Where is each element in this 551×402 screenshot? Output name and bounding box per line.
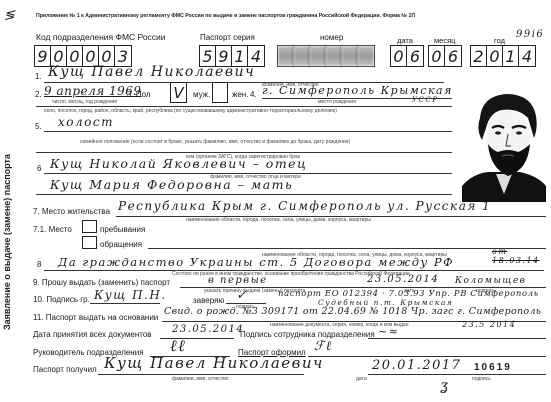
issue-basis-value[interactable]: Свид. о рожд. №3 309171 от 22.04.69 № 10… (164, 306, 541, 317)
stay-place-label: 7.1. Место (33, 225, 72, 234)
number-digit-redacted (326, 46, 342, 66)
marital-status-value[interactable]: холост (58, 115, 114, 129)
series-label: Паспорт серия (200, 33, 255, 42)
received-name-hint: фамилия, имя, отчество (172, 376, 229, 382)
date-day-field[interactable]: 0 6 (390, 45, 424, 67)
appeal-checkbox[interactable] (82, 236, 97, 249)
marital-status-hint: семейное положение (если состоит в браке… (80, 139, 350, 145)
received-date-hint: дата (356, 376, 367, 382)
fms-code-digit: 3 (115, 46, 131, 66)
employee-sign-line (368, 338, 546, 339)
number-digit-redacted (278, 46, 294, 66)
employee-sign-label: Подпись сотрудника подразделения (240, 330, 375, 339)
fms-code-digit: 0 (83, 46, 99, 66)
year-digit: 0 (487, 46, 503, 66)
month-label: месяц (434, 36, 455, 45)
day-digit: 0 (391, 46, 407, 66)
sex-male-checkbox[interactable]: V (170, 82, 187, 103)
certify-mark: ✓ (236, 288, 248, 303)
year-digit: 4 (519, 46, 535, 66)
date-month-field[interactable]: 0 6 (428, 45, 462, 67)
form-number: Форма № 1П (383, 13, 416, 19)
appeal-label: обращения (100, 240, 142, 249)
fms-code-digit: 0 (67, 46, 83, 66)
number-digit-redacted (294, 46, 310, 66)
received-sign-hint: подпись (472, 376, 491, 382)
fms-code-digit: 9 (35, 46, 51, 66)
number-digit-redacted (358, 46, 374, 66)
issue-request-date[interactable]: 23.05.2014 (367, 274, 439, 285)
date-year-field[interactable]: 2 0 1 4 (470, 45, 536, 67)
fms-code-label: Код подразделения ФМС России (36, 32, 166, 42)
year-label: год (494, 36, 505, 45)
field-4b-line (36, 106, 452, 107)
field-5-line (44, 131, 452, 132)
field-2-number: 2. (35, 90, 42, 99)
appendix-text: Приложение № 1 к Административному регла… (36, 13, 381, 19)
series-digit: 5 (200, 46, 216, 66)
date-label: дата (397, 36, 413, 45)
number-label: номер (320, 33, 343, 42)
year-digit: 2 (471, 46, 487, 66)
sex-female-label: жен. (232, 90, 248, 99)
side-title: Заявление о выдаче (замене) паспорта (2, 154, 12, 330)
field-10-sign-line (90, 303, 160, 304)
residence-label: 7. Место жительства (33, 207, 110, 216)
sex-female-checkbox[interactable] (212, 82, 228, 103)
corner-annotation: 99i6 (516, 29, 544, 40)
issue-request-signature: Коломыщев (455, 276, 526, 286)
field-8-number: 8 (37, 260, 41, 269)
month-digit: 6 (445, 46, 461, 66)
field-1-line (44, 82, 444, 83)
received-name-line (98, 374, 304, 375)
issued-by-signature: ℱℓ (314, 338, 333, 354)
series-digit: 1 (232, 46, 248, 66)
territory-hint: село, поселок, город, район, область, кр… (44, 108, 337, 114)
field-5-number: 5. (35, 122, 42, 131)
stay-checkbox[interactable] (82, 220, 97, 233)
citizenship-value[interactable]: Да гражданство Украины ст. 5 Договора ме… (58, 255, 454, 269)
received-sign-line (368, 374, 546, 375)
portrait-image (462, 88, 546, 202)
fms-code-digit: 0 (51, 46, 67, 66)
accepted-date-value[interactable]: 23.05.2014 (172, 324, 244, 335)
head-signature: ℓℓ (170, 336, 186, 356)
header-appendix: Приложение № 1 к Административному регла… (36, 13, 415, 19)
employee-signature: ~≈ (378, 325, 399, 338)
issue-basis-stamp: 23.5 2014 (462, 320, 516, 329)
receipt-number: 10619 (474, 362, 512, 373)
corner-mark: ≶ (4, 8, 16, 23)
received-label: Паспорт получил (33, 365, 97, 374)
series-digit: 4 (248, 46, 264, 66)
field-6b-line (36, 194, 452, 195)
series-digit: 9 (216, 46, 232, 66)
applicant-photo (462, 88, 546, 202)
field-71-line (148, 248, 546, 249)
issue-reason-value[interactable]: в первые (208, 275, 268, 286)
birth-date-hint: число, месяц, год рождения (52, 99, 117, 105)
certify-label: заверяю (193, 296, 224, 305)
accepted-date-label: Дата принятия всех документов (33, 330, 152, 339)
signature-label: 10. Подпись гр. (33, 295, 90, 304)
day-digit: 6 (407, 46, 423, 66)
issue-basis-label: 11. Паспорт выдать на основании (33, 313, 158, 322)
residence-value[interactable]: Республика Крым г. Симферополь ул. Русск… (118, 199, 491, 213)
field-4-number: 4. (250, 90, 257, 99)
applicant-signature[interactable]: Кущ П.Н. (94, 288, 167, 302)
fms-code-digit: 0 (99, 46, 115, 66)
year-digit: 1 (503, 46, 519, 66)
number-digit-redacted (310, 46, 326, 66)
stay-label: пребывания (100, 225, 145, 234)
number-digit-redacted (342, 46, 358, 66)
father-name-value[interactable]: Кущ Николай Яковлевич – отец (50, 156, 307, 171)
birth-place-value-2: УССР (412, 96, 438, 104)
residence-hint: наименование области, города, поселка, с… (186, 217, 371, 223)
received-date-value[interactable]: 20.01.2017 (372, 358, 461, 373)
received-name-value[interactable]: Кущ Павел Николаевич (104, 354, 324, 372)
passport-number-field[interactable] (277, 45, 375, 67)
field-5b-line (36, 152, 452, 153)
month-digit: 0 (429, 46, 445, 66)
sex-label: 3. Пол (127, 90, 151, 99)
citizenship-value-right: от 18.03.14 (492, 247, 551, 265)
sex-male-label: муж. (193, 90, 210, 99)
issued-by-line (308, 356, 546, 357)
field-6-number: 6 (37, 164, 41, 173)
issue-request-label: 9. Прошу выдать (заменить) паспорт (33, 278, 170, 287)
full-name-value[interactable]: Кущ Павел Николаевич (48, 64, 255, 80)
field-1-number: 1. (35, 72, 42, 81)
mother-name-value[interactable]: Кущ Мария Федоровна – мать (50, 177, 293, 192)
birth-place-hint: место рождения (318, 99, 356, 105)
received-extra-mark: ʓ (440, 378, 449, 394)
